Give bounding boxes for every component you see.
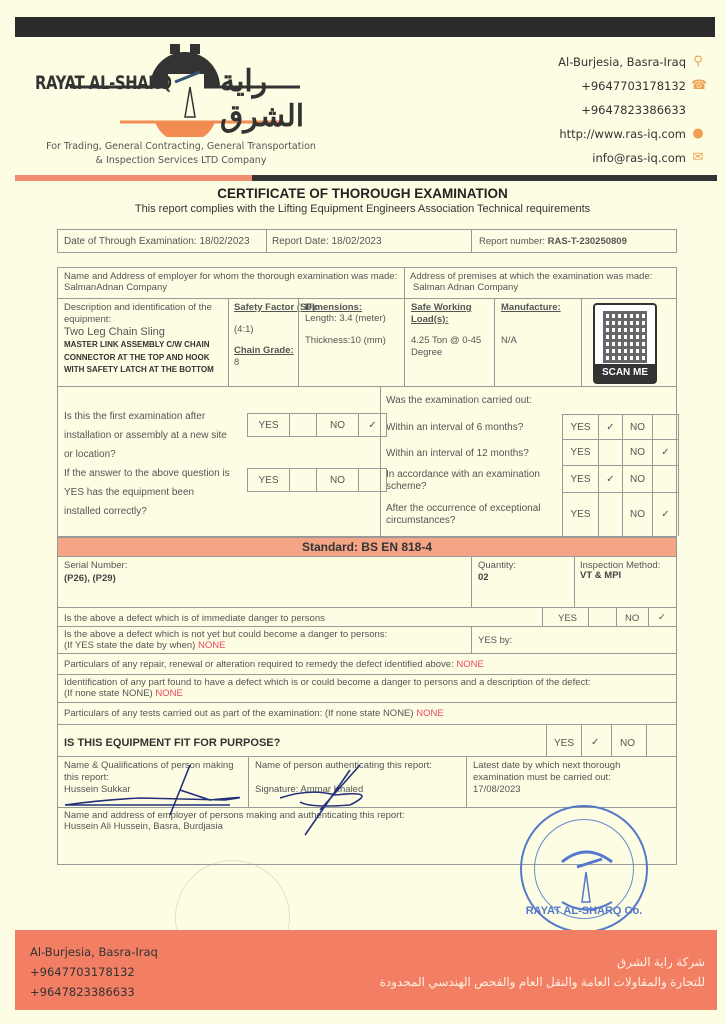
footer-phone-2: +9647823386633 [30, 982, 158, 1002]
fit-yes-label: YES [554, 738, 574, 750]
carried-out-label: Was the examination carried out: [386, 395, 532, 407]
yes-label: YES [563, 440, 599, 465]
scan-me-label: SCAN ME [595, 364, 655, 382]
contact-email[interactable]: info@ras-iq.com✉ [558, 146, 705, 170]
identification-line2: (If none state NONE) NONE [64, 688, 183, 700]
employer-value: SalmanAdnan Company [64, 282, 167, 294]
yes-checkbox[interactable]: ✓ [599, 415, 623, 439]
logo-english: RAYAT AL-SHARQ [35, 72, 172, 94]
equipment-desc-label: Description and identification of the eq… [64, 302, 224, 326]
length-value: Length: 3.4 (meter) [305, 313, 386, 325]
website-link[interactable]: http://www.ras-iq.com [559, 127, 686, 141]
no-label: NO [317, 469, 359, 491]
chain-grade-label: Chain Grade: [234, 345, 294, 357]
immediate-yes-label: YES [558, 613, 577, 625]
yes-checkbox[interactable] [599, 440, 623, 465]
details-form: Serial Number: (P26), (P29) Quantity: 02… [57, 557, 677, 757]
future-danger-line2: (If YES state the date by when) NONE [64, 640, 225, 652]
company-logo: RAYAT AL-SHARQ راية الشرق [30, 42, 330, 137]
fit-yes-checkbox[interactable]: ✓ [591, 737, 599, 749]
footer-band: Al-Burjesia, Basra-Iraq +9647703178132 +… [15, 930, 717, 1010]
swl-label: Safe Working Load(s): [411, 302, 491, 326]
contact-website[interactable]: http://www.ras-iq.com● [558, 122, 705, 146]
interval-12-months: Within an interval of 12 months? [386, 448, 529, 460]
exam-date: Date of Through Examination: 18/02/2023 [64, 236, 250, 248]
method-value: VT & MPI [580, 570, 621, 582]
no-label: NO [623, 415, 653, 439]
phone-2-text: +9647823386633 [581, 103, 686, 117]
footer-arabic-tagline: للتجارة والمقاولات العامة والنقل العام و… [380, 972, 705, 992]
tests-particulars: Particulars of any tests carried out as … [64, 708, 444, 720]
signature-scribbles [60, 760, 460, 840]
no-label: NO [623, 466, 653, 492]
exceptional-answer: YES NO✓ [562, 493, 679, 536]
tagline-line-2: & Inspection Services LTD Company [36, 154, 326, 168]
certificate-subtitle: This report complies with the Lifting Eq… [0, 203, 725, 215]
report-date: Report Date: 18/02/2023 [272, 236, 382, 248]
company-tagline: For Trading, General Contracting, Genera… [36, 140, 326, 168]
standard-banner: Standard: BS EN 818-4 [57, 537, 677, 557]
report-number: Report number: RAS-T-230250809 [479, 236, 627, 248]
yes-label: YES [563, 415, 599, 439]
first-exam-question: Is this the first examination afterinsta… [64, 407, 227, 464]
yes-label: YES [563, 493, 599, 536]
no-checkbox[interactable]: ✓ [653, 440, 678, 465]
yes-checkbox[interactable] [599, 493, 623, 536]
next-exam-date: 17/08/2023 [473, 784, 521, 796]
scheme-answer: YES✓ NO [562, 466, 679, 493]
manufacture-label: Manufacture: [501, 302, 561, 314]
interval-6-months: Within an interval of 6 months? [386, 422, 523, 434]
interval-12-answer: YES NO✓ [562, 440, 679, 466]
phone-1-text: +9647703178132 [581, 79, 686, 93]
contact-phone-1: +9647703178132☎ [558, 74, 705, 98]
immediate-no-checkbox[interactable]: ✓ [658, 612, 666, 624]
yes-label: YES [563, 466, 599, 492]
chain-grade-value: 8 [234, 357, 239, 369]
location-pin-icon: ⚲ [691, 55, 705, 69]
installed-question: If the answer to the above question isYE… [64, 464, 230, 521]
equipment-name: Two Leg Chain Sling [64, 326, 165, 338]
qr-code[interactable]: SCAN ME [593, 303, 657, 384]
safety-factor-value: (4:1) [234, 324, 254, 336]
no-checkbox[interactable] [653, 415, 678, 439]
tagline-line-1: For Trading, General Contracting, Genera… [36, 140, 326, 154]
qr-pattern [603, 311, 647, 363]
repair-particulars: Particulars of any repair, renewal or al… [64, 659, 484, 671]
footer-arabic-name: شركة راية الشرق [380, 952, 705, 972]
installed-answer: YES NO [247, 468, 387, 492]
thickness-value: Thickness:10 (mm) [305, 335, 386, 347]
interval-6-answer: YES✓ NO [562, 414, 679, 440]
contact-address: Al-Burjesia, Basra-Iraq⚲ [558, 50, 705, 74]
dates-row: Date of Through Examination: 18/02/2023 … [57, 229, 677, 253]
address-text: Al-Burjesia, Basra-Iraq [558, 55, 686, 69]
no-checkbox[interactable]: ✓ [359, 414, 386, 436]
yes-label: YES [248, 414, 290, 436]
email-link[interactable]: info@ras-iq.com [592, 151, 686, 165]
footer-address: Al-Burjesia, Basra-Iraq [30, 942, 158, 962]
footer-contact: Al-Burjesia, Basra-Iraq +9647703178132 +… [30, 942, 158, 1002]
no-label: NO [623, 440, 653, 465]
stamp-text: RAYAT AL-SHARQ Co. [522, 905, 646, 917]
fit-no-label: NO [620, 738, 635, 750]
no-checkbox[interactable] [359, 469, 386, 491]
yes-checkbox[interactable]: ✓ [599, 466, 623, 492]
contact-block: Al-Burjesia, Basra-Iraq⚲ +9647703178132☎… [558, 50, 705, 170]
header-top-bar [15, 17, 715, 37]
serial-label: Serial Number: [64, 560, 127, 572]
no-checkbox[interactable] [653, 466, 678, 492]
immediate-danger-question: Is the above a defect which is of immedi… [64, 613, 325, 625]
quantity-value: 02 [478, 572, 489, 584]
swl-value: 4.25 Ton @ 0-45 Degree [411, 335, 491, 359]
phone-icon: ☎ [691, 79, 705, 93]
examination-scheme: In accordance with an examination scheme… [386, 469, 561, 493]
no-label: NO [317, 414, 359, 436]
contact-phone-2: +9647823386633 [558, 98, 705, 122]
globe-icon: ● [691, 127, 705, 141]
divider-orange [15, 175, 252, 181]
company-stamp: RAYAT AL-SHARQ Co. [520, 805, 648, 933]
exceptional-circumstances: After the occurrence of exceptional circ… [386, 503, 561, 527]
no-label: NO [623, 493, 653, 536]
equipment-description: MASTER LINK ASSEMBLY C/W CHAIN CONNECTOR… [64, 339, 226, 377]
email-icon: ✉ [691, 151, 705, 165]
serial-value: (P26), (P29) [64, 573, 116, 585]
certificate-title: CERTIFICATE OF THOROUGH EXAMINATION [0, 186, 725, 201]
divider-dark [252, 175, 717, 181]
yes-by-label: YES by: [478, 635, 512, 647]
quantity-label: Quantity: [478, 560, 516, 572]
immediate-no-label: NO [625, 613, 639, 625]
footer-arabic: شركة راية الشرق للتجارة والمقاولات العام… [380, 952, 705, 992]
logo-arabic: راية الشرق [220, 64, 330, 134]
yes-label: YES [248, 469, 290, 491]
no-checkbox[interactable]: ✓ [653, 493, 678, 536]
footer-phone-1: +9647703178132 [30, 962, 158, 982]
next-exam-label: Latest date by which next thorough exami… [473, 760, 663, 784]
manufacture-value: N/A [501, 335, 517, 347]
first-exam-answer: YES NO✓ [247, 413, 387, 437]
yes-checkbox[interactable] [290, 414, 317, 436]
yes-checkbox[interactable] [290, 469, 317, 491]
fit-for-purpose-label: IS THIS EQUIPMENT FIT FOR PURPOSE? [64, 737, 280, 749]
premises-value: Salman Adnan Company [413, 282, 518, 294]
